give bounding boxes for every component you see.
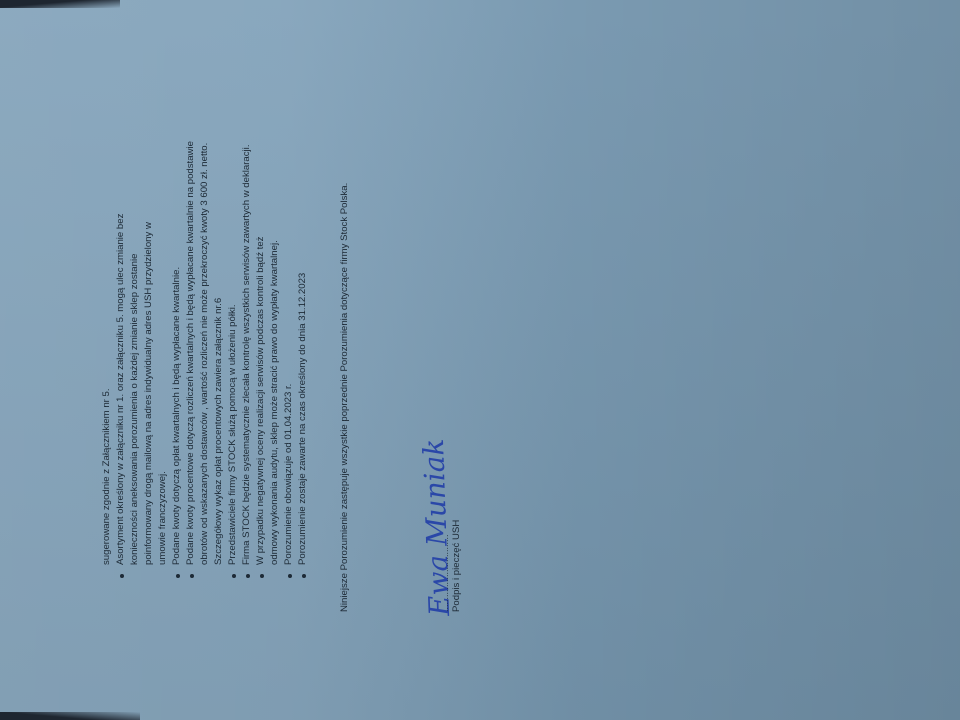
bullet-icon [176,574,180,578]
list-line: odmowy wykonania audytu, sklep może stra… [269,240,281,565]
bullet-icon [190,574,194,578]
list-line: Podane kwoty procentowe dotyczą rozlicze… [185,141,197,565]
signature-caption: Podpis i pieczęć USH [451,520,463,612]
list-line: umowie franczyzowej. [157,471,169,565]
bullet-icon [260,574,264,578]
list-line: sugerowane zgodnie z Załącznikiem nr 5. [101,388,113,565]
bullet-icon [288,574,292,578]
rotated-document-page: sugerowane zgodnie z Załącznikiem nr 5. … [0,0,960,720]
list-line: Porozumienie zostaje zawarte na czas okr… [297,273,309,565]
bullet-icon [232,574,236,578]
list-line: W przypadku negatywnej oceny realizacji … [255,237,267,565]
signature-dotted-line: ............................... [440,534,450,612]
list-line: Podane kwoty dotyczą opłat kwartalnych i… [171,267,183,565]
bullet-icon [246,574,250,578]
list-line: Szczegółowy wykaz opłat procentowych zaw… [213,298,225,565]
list-line: konieczności aneksowania porozumienia o … [129,254,141,565]
list-line: Przedstawiciele firmy STOCK służą pomocą… [227,304,239,565]
list-line: poinformowany drogą mailową na adres ind… [143,222,155,565]
bullet-icon [120,574,124,578]
bullet-icon [302,574,306,578]
list-line: obrotów od wskazanych dostawców , wartoś… [199,143,211,565]
closing-statement: Niniejsze Porozumienie zastępuje wszystk… [339,183,351,612]
list-line: Asortyment określony w załączniku nr 1. … [115,214,127,565]
list-line: Porozumienie obowiązuje od 01.04.2023 r. [283,384,295,565]
list-line: Firma STOCK będzie systematycznie zlecał… [241,145,253,565]
